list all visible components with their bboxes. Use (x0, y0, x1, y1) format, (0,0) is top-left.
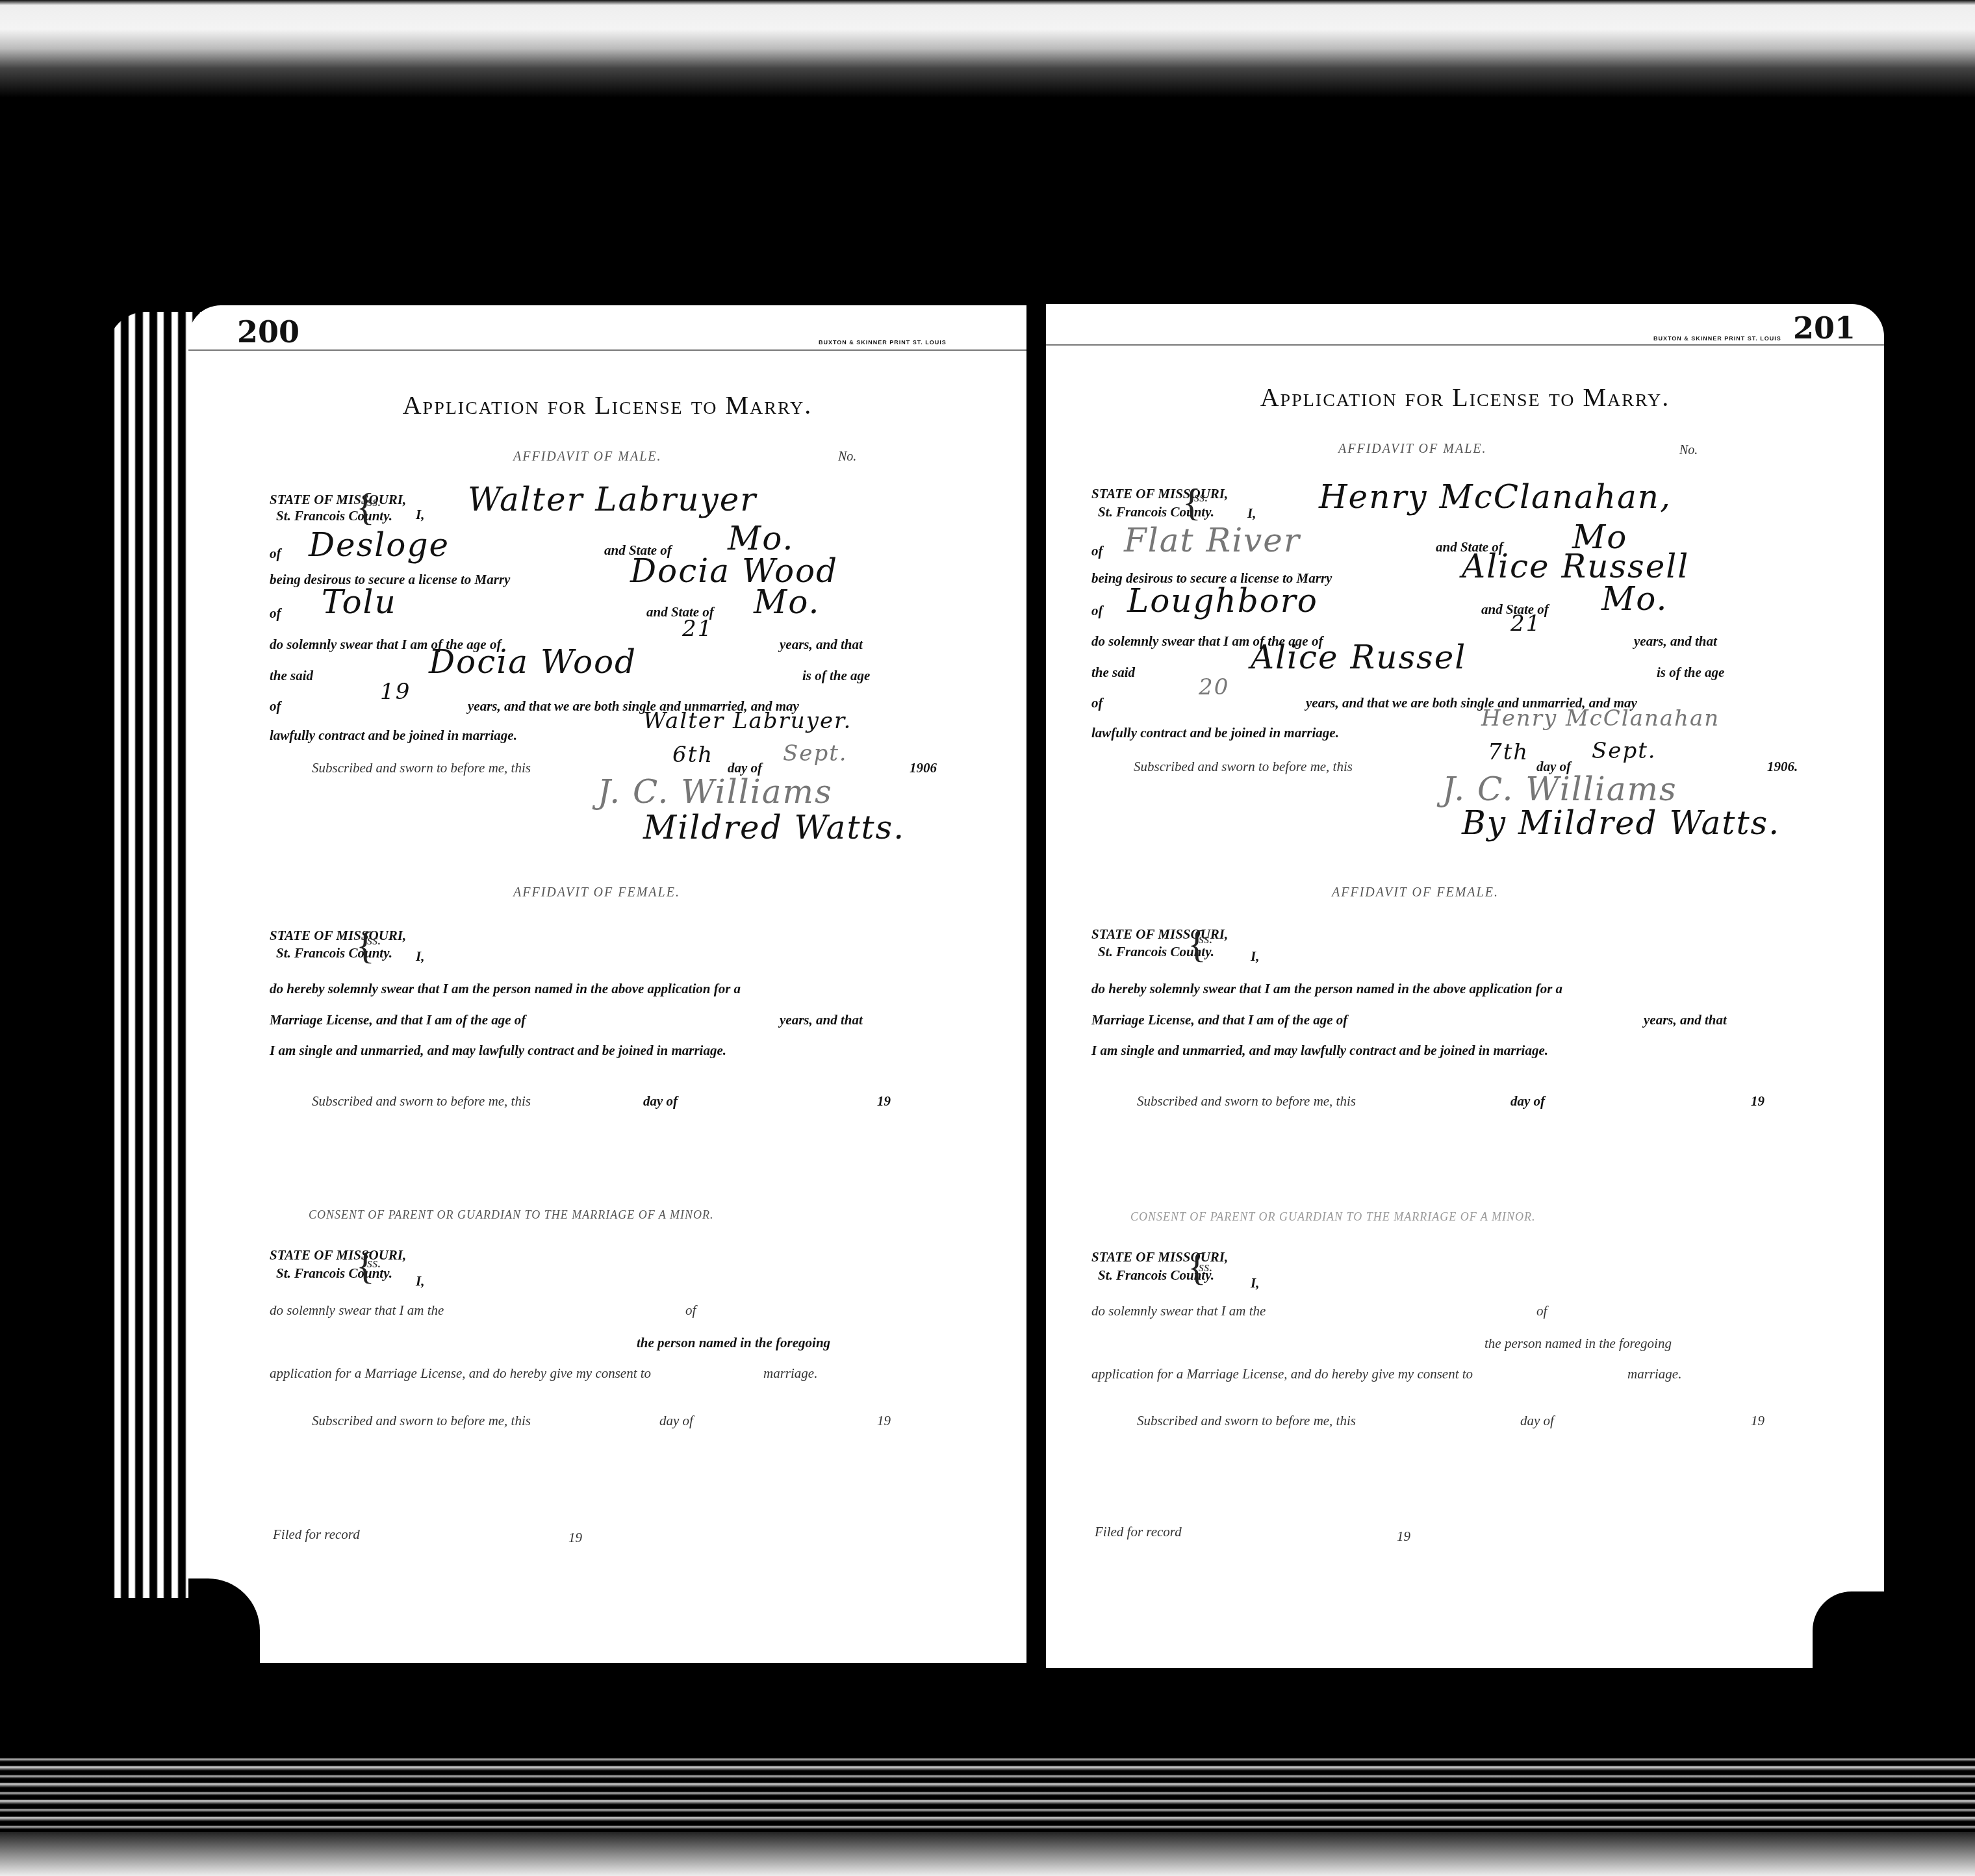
ss-label: ss. (1199, 1259, 1213, 1275)
subscribed-text: Subscribed and sworn to before me, this (1137, 1413, 1356, 1429)
marriage-label: marriage. (1627, 1366, 1681, 1382)
bride-state: Mo. (754, 583, 820, 621)
page-corner-shadow (1813, 1591, 1891, 1676)
subscribed-text: Subscribed and sworn to before me, this (1134, 759, 1353, 775)
female-oath-line2: Marriage License, and that I am of the a… (1091, 1012, 1347, 1028)
groom-name: Walter Labruyer (468, 481, 757, 518)
consent-line2: the person named in the foregoing (1484, 1336, 1672, 1352)
is-of-the-age-label: is of the age (802, 668, 870, 684)
printer-imprint: BUXTON & SKINNER PRINT ST. LOUIS (1653, 335, 1781, 342)
printer-imprint: BUXTON & SKINNER PRINT ST. LOUIS (819, 339, 947, 346)
groom-residence: Flat River (1124, 522, 1301, 559)
bride-name-repeat: Alice Russel (1251, 639, 1466, 676)
sworn-year: 1906. (1767, 759, 1798, 775)
filed-for-record-label: Filed for record (273, 1527, 360, 1543)
page-title: Application for License to Marry. (1046, 382, 1884, 412)
i-label: I, (1251, 1275, 1259, 1291)
i-label: I, (416, 948, 424, 965)
of-label: of (270, 698, 281, 715)
page-title: Application for License to Marry. (188, 390, 1026, 420)
i-label: I, (1247, 505, 1256, 522)
years-and-that-label: years, and that (1634, 633, 1717, 650)
groom-age: 21 (1510, 611, 1541, 637)
scan-bottom-fade (0, 1832, 1975, 1876)
ss-label: ss. (367, 494, 381, 510)
groom-signature: Walter Labruyer. (643, 708, 852, 734)
consent-line1: do solemnly swear that I am the (270, 1302, 444, 1319)
year-prefix: 19 (877, 1413, 891, 1429)
the-said-label: the said (1091, 665, 1135, 681)
i-label: I, (416, 507, 424, 523)
consent-line3: application for a Marriage License, and … (270, 1365, 651, 1382)
groom-age: 21 (682, 616, 713, 642)
of-label: of (270, 546, 281, 562)
day-of-label: day of (643, 1093, 678, 1109)
ss-label: ss. (367, 932, 381, 948)
of-label: of (1536, 1303, 1547, 1319)
consent-heading: CONSENT OF PARENT OR GUARDIAN TO THE MAR… (1130, 1210, 1536, 1224)
bride-age: 20 (1199, 674, 1229, 700)
header-rule (188, 349, 1026, 351)
ss-label: ss. (1199, 931, 1213, 947)
county-label: St. Francois County. (276, 508, 392, 524)
year-prefix: 19 (1397, 1528, 1410, 1545)
deputy-signature: Mildred Watts. (643, 809, 905, 846)
of-label: of (1091, 543, 1103, 559)
state-label: STATE OF MISSOURI, (270, 928, 406, 944)
lawfully-text: lawfully contract and be joined in marri… (1091, 725, 1339, 741)
female-oath-line1: do hereby solemnly swear that I am the p… (270, 981, 741, 997)
consent-line2: the person named in the foregoing (637, 1335, 830, 1351)
subscribed-text: Subscribed and sworn to before me, this (312, 1093, 531, 1109)
record-number-label: No. (1679, 443, 1698, 458)
years-and-that-label: years, and that (1644, 1012, 1727, 1028)
bride-name-repeat: Docia Wood (429, 643, 637, 681)
sworn-year: 1906 (910, 760, 937, 776)
page-number: 200 (237, 314, 299, 349)
sworn-day: 7th (1488, 739, 1529, 765)
bride-residence: Loughboro (1127, 582, 1318, 620)
day-of-label: day of (659, 1413, 693, 1429)
years-and-that-label: years, and that (780, 1012, 863, 1028)
clerk-signature: J. C. Williams (1442, 770, 1677, 808)
year-prefix: 19 (1751, 1413, 1765, 1429)
sworn-month: Sept. (783, 741, 848, 767)
ss-label: ss. (367, 1255, 381, 1271)
page-number: 201 (1793, 311, 1855, 346)
male-affidavit-heading: AFFIDAVIT OF MALE. (1338, 442, 1487, 457)
filed-for-record-label: Filed for record (1095, 1524, 1182, 1540)
female-oath-line2: Marriage License, and that I am of the a… (270, 1012, 526, 1028)
consent-heading: CONSENT OF PARENT OR GUARDIAN TO THE MAR… (309, 1208, 714, 1222)
i-label: I, (1251, 948, 1259, 965)
subscribed-text: Subscribed and sworn to before me, this (312, 1413, 531, 1429)
consent-line3: application for a Marriage License, and … (1091, 1366, 1473, 1382)
year-prefix: 19 (568, 1530, 582, 1546)
marriage-label: marriage. (763, 1365, 817, 1382)
female-oath-line1: do hereby solemnly swear that I am the p… (1091, 981, 1562, 997)
female-oath-line3: I am single and unmarried, and may lawfu… (1091, 1043, 1548, 1059)
is-of-the-age-label: is of the age (1657, 665, 1724, 681)
bride-age: 19 (380, 679, 411, 705)
year-prefix: 19 (877, 1093, 891, 1109)
female-affidavit-heading: AFFIDAVIT OF FEMALE. (1332, 885, 1499, 900)
day-of-label: day of (1510, 1093, 1545, 1109)
page-201: 201 BUXTON & SKINNER PRINT ST. LOUIS App… (1046, 304, 1884, 1668)
bride-residence: Tolu (322, 583, 397, 621)
clerk-signature: J. C. Williams (598, 773, 833, 811)
male-affidavit-heading: AFFIDAVIT OF MALE. (513, 450, 662, 464)
of-label: of (1091, 603, 1103, 619)
subscribed-text: Subscribed and sworn to before me, this (312, 760, 531, 776)
female-affidavit-heading: AFFIDAVIT OF FEMALE. (513, 885, 680, 900)
of-label: of (1091, 695, 1103, 711)
record-number-label: No. (838, 450, 856, 464)
years-and-that-label: years, and that (780, 637, 863, 653)
year-prefix: 19 (1751, 1093, 1765, 1109)
day-of-label: day of (1520, 1413, 1554, 1429)
sworn-month: Sept. (1592, 738, 1657, 764)
of-label: of (270, 605, 281, 622)
state-label: STATE OF MISSOURI, (270, 492, 406, 508)
deputy-signature: By Mildred Watts. (1462, 804, 1780, 842)
the-said-label: the said (270, 668, 313, 684)
groom-residence: Desloge (309, 526, 450, 564)
i-label: I, (416, 1273, 424, 1289)
scan-top-edge (0, 0, 1975, 104)
ss-label: ss. (1194, 489, 1208, 505)
consent-line1: do solemnly swear that I am the (1091, 1303, 1266, 1319)
groom-signature: Henry McClanahan (1481, 705, 1720, 731)
female-oath-line3: I am single and unmarried, and may lawfu… (270, 1043, 726, 1059)
sworn-day: 6th (672, 742, 713, 768)
book-gutter (1026, 305, 1046, 1669)
page-200: 200 BUXTON & SKINNER PRINT ST. LOUIS App… (188, 305, 1026, 1663)
state-label: STATE OF MISSOURI, (270, 1247, 406, 1263)
groom-name: Henry McClanahan, (1319, 478, 1672, 516)
subscribed-text: Subscribed and sworn to before me, this (1137, 1093, 1356, 1109)
of-label: of (685, 1302, 696, 1319)
bride-state: Mo. (1601, 580, 1668, 618)
lawfully-text: lawfully contract and be joined in marri… (270, 728, 517, 744)
header-rule (1046, 344, 1884, 346)
